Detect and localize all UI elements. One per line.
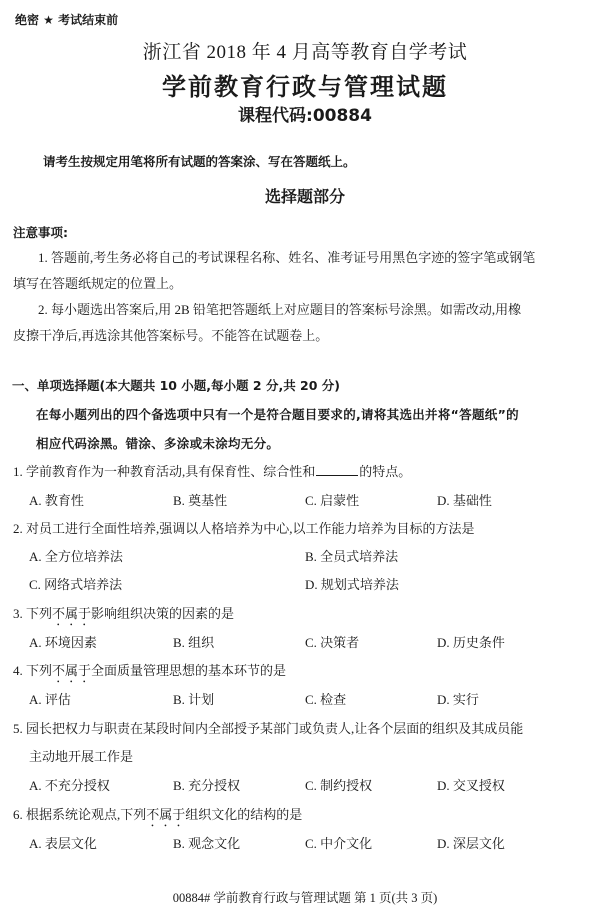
option-a: A. 表层文化 [29, 833, 97, 852]
exam-title: 浙江省 2018 年 4 月高等教育自学考试 [0, 37, 610, 64]
option-d: D. 基础性 [437, 490, 492, 509]
option-c: C. 启蒙性 [305, 490, 359, 509]
option-d: D. 交叉授权 [437, 775, 505, 794]
question-6-stem: 6. 根据系统论观点,下列不属于组织文化的结构的是 [13, 804, 302, 830]
question-6-text-end: 组织文化的结构的是 [185, 807, 302, 822]
question-1-stem: 1. 学前教育作为一种教育活动,具有保育性、综合性和的特点。 [13, 461, 411, 480]
option-b: B. 观念文化 [173, 833, 240, 852]
confidential-label: 绝密 ★ 考试结束前 [15, 11, 118, 28]
option-b: B. 充分授权 [173, 775, 240, 794]
general-instruction: 请考生按规定用笔将所有试题的答案涂、写在答题纸上。 [43, 152, 356, 170]
emphasis-text: 不属于 [146, 807, 185, 822]
option-a: A. 不充分授权 [29, 775, 110, 794]
note-line: 皮擦干净后,再选涂其他答案标号。不能答在试题卷上。 [13, 325, 328, 344]
question-5-stem: 5. 园长把权力与职责在某段时间内全部授予某部门或负责人,让各个层面的组织及其成… [13, 718, 523, 737]
option-c: C. 网络式培养法 [29, 574, 122, 593]
option-c: C. 检查 [305, 689, 346, 708]
note-line: 2. 每小题选出答案后,用 2B 铅笔把答题纸上对应题目的答案标号涂黑。如需改动… [38, 299, 521, 318]
question-4-text-end: 全面质量管理思想的基本环节的是 [91, 663, 286, 678]
question-6-text: 6. 根据系统论观点,下列 [13, 807, 146, 822]
part-title: 选择题部分 [0, 184, 610, 207]
option-d: D. 深层文化 [437, 833, 505, 852]
question-3-text-end: 影响组织决策的因素的是 [91, 606, 234, 621]
question-3-text: 3. 下列 [13, 606, 52, 621]
course-code: 课程代码:00884 [0, 101, 610, 126]
option-b: B. 全员式培养法 [305, 546, 398, 565]
question-5-stem-continued: 主动地开展工作是 [29, 746, 133, 765]
page-footer: 00884# 学前教育行政与管理试题 第 1 页(共 3 页) [0, 888, 610, 906]
option-c: C. 制约授权 [305, 775, 372, 794]
question-1-text: 1. 学前教育作为一种教育活动,具有保育性、综合性和 [13, 464, 315, 479]
option-d: D. 实行 [437, 689, 479, 708]
option-a: A. 评估 [29, 689, 71, 708]
question-2-stem: 2. 对员工进行全面性培养,强调以人格培养为中心,以工作能力培养为目标的方法是 [13, 518, 475, 537]
option-d: D. 规划式培养法 [305, 574, 399, 593]
question-1-text-end: 的特点。 [359, 464, 411, 479]
option-a: A. 全方位培养法 [29, 546, 123, 565]
answer-blank [316, 463, 358, 476]
option-c: C. 中介文化 [305, 833, 372, 852]
question-4-stem: 4. 下列不属于全面质量管理思想的基本环节的是 [13, 660, 286, 686]
option-b: B. 奠基性 [173, 490, 227, 509]
option-c: C. 决策者 [305, 632, 359, 651]
option-a: A. 环境因素 [29, 632, 97, 651]
subject-title: 学前教育行政与管理试题 [0, 67, 610, 102]
option-a: A. 教育性 [29, 490, 84, 509]
section-description: 相应代码涂黑。错涂、多涂或未涂均无分。 [36, 434, 279, 452]
notes-heading: 注意事项: [13, 223, 68, 241]
option-b: B. 计划 [173, 689, 214, 708]
note-line: 1. 答题前,考生务必将自己的考试课程名称、姓名、准考证号用黑色字迹的签字笔或钢… [38, 247, 535, 266]
question-4-text: 4. 下列 [13, 663, 52, 678]
option-d: D. 历史条件 [437, 632, 505, 651]
section-heading: 一、单项选择题(本大题共 10 小题,每小题 2 分,共 20 分) [12, 376, 340, 394]
note-line: 填写在答题纸规定的位置上。 [13, 273, 182, 292]
option-b: B. 组织 [173, 632, 214, 651]
emphasis-text: 不属于 [52, 663, 91, 678]
question-3-stem: 3. 下列不属于影响组织决策的因素的是 [13, 603, 234, 629]
section-description: 在每小题列出的四个备选项中只有一个是符合题目要求的,请将其选出并将“答题纸”的 [36, 405, 519, 423]
emphasis-text: 不属于 [52, 606, 91, 621]
